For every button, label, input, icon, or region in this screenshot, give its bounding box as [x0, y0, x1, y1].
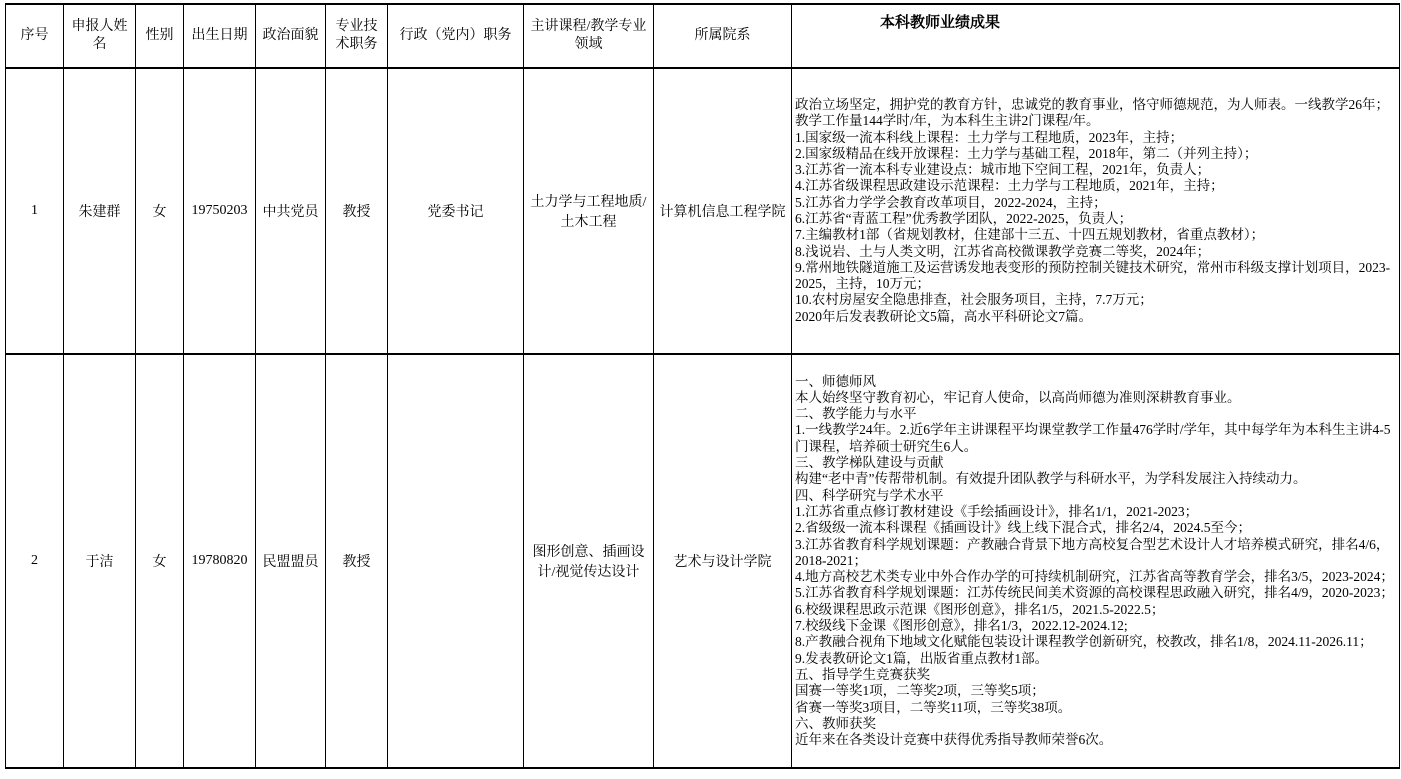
header-department: 所属院系	[654, 4, 792, 68]
cell-achievements: 一、师德师风 本人始终坚守教育初心，牢记育人使命，以高尚师德为准则深耕教育事业。…	[792, 354, 1400, 768]
header-birth-date: 出生日期	[184, 4, 256, 68]
table-body: 1 朱建群 女 19750203 中共党员 教授 党委书记 土力学与工程地质/土…	[6, 68, 1400, 768]
cell-courses-field: 土力学与工程地质/土木工程	[524, 68, 654, 354]
header-row: 序号 申报人姓名 性别 出生日期 政治面貌 专业技术职务 行政（党内）职务 主讲…	[6, 4, 1400, 68]
cell-gender: 女	[136, 354, 184, 768]
header-serial-number: 序号	[6, 4, 64, 68]
cell-department: 计算机信息工程学院	[654, 68, 792, 354]
table-header: 序号 申报人姓名 性别 出生日期 政治面貌 专业技术职务 行政（党内）职务 主讲…	[6, 4, 1400, 68]
cell-professional-title: 教授	[326, 68, 388, 354]
header-applicant-name: 申报人姓名	[64, 4, 136, 68]
cell-applicant-name: 朱建群	[64, 68, 136, 354]
cell-admin-position: 党委书记	[388, 68, 524, 354]
header-courses-field: 主讲课程/教学专业领域	[524, 4, 654, 68]
cell-achievements: 政治立场坚定，拥护党的教育方针，忠诚党的教育事业，恪守师德规范，为人师表。一线教…	[792, 68, 1400, 354]
cell-admin-position	[388, 354, 524, 768]
table-row: 1 朱建群 女 19750203 中共党员 教授 党委书记 土力学与工程地质/土…	[6, 68, 1400, 354]
teacher-achievement-table: 序号 申报人姓名 性别 出生日期 政治面貌 专业技术职务 行政（党内）职务 主讲…	[5, 3, 1400, 769]
cell-gender: 女	[136, 68, 184, 354]
header-professional-title: 专业技术职务	[326, 4, 388, 68]
cell-birth-date: 19750203	[184, 68, 256, 354]
cell-professional-title: 教授	[326, 354, 388, 768]
cell-serial-number: 2	[6, 354, 64, 768]
header-achievements: 本科教师业绩成果	[792, 4, 1400, 68]
header-gender: 性别	[136, 4, 184, 68]
cell-department: 艺术与设计学院	[654, 354, 792, 768]
cell-courses-field: 图形创意、插画设计/视觉传达设计	[524, 354, 654, 768]
header-admin-position: 行政（党内）职务	[388, 4, 524, 68]
table-row: 2 于洁 女 19780820 民盟盟员 教授 图形创意、插画设计/视觉传达设计…	[6, 354, 1400, 768]
cell-political-status: 中共党员	[256, 68, 326, 354]
cell-birth-date: 19780820	[184, 354, 256, 768]
cell-political-status: 民盟盟员	[256, 354, 326, 768]
cell-applicant-name: 于洁	[64, 354, 136, 768]
header-political-status: 政治面貌	[256, 4, 326, 68]
cell-serial-number: 1	[6, 68, 64, 354]
